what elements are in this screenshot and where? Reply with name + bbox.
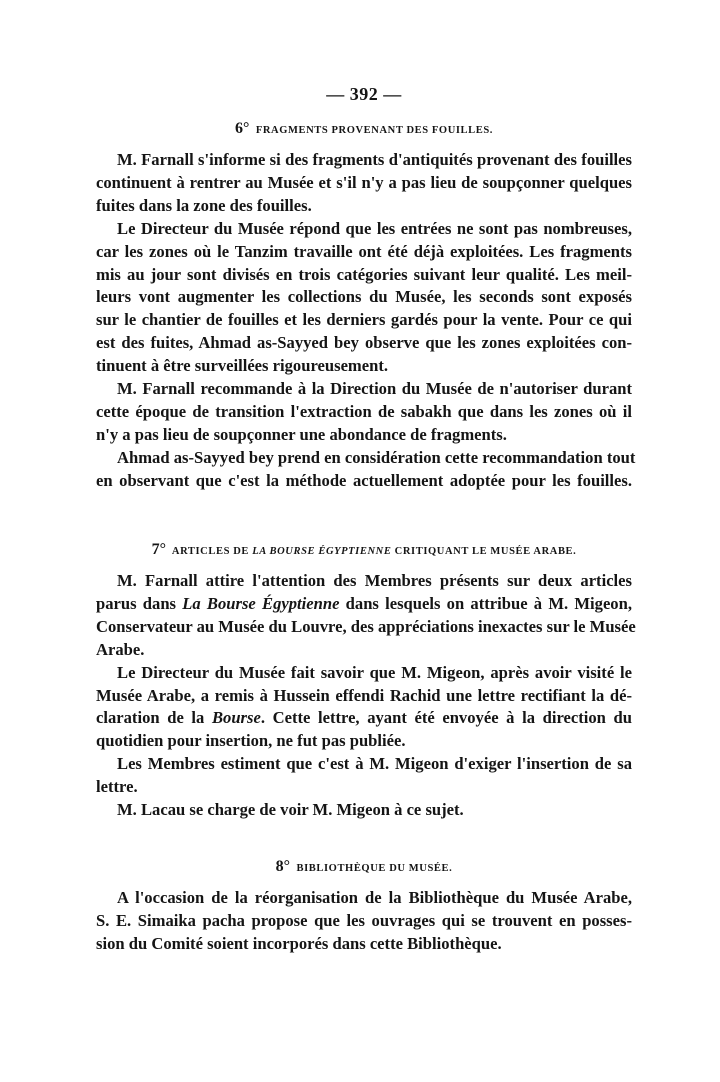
text-run: parus dans bbox=[96, 594, 182, 613]
text-line: M. Farnall attire l'attention des Membre… bbox=[96, 570, 632, 593]
text-run: claration de la bbox=[96, 708, 212, 727]
text-line: continuent à rentrer au Musée et s'il n'… bbox=[96, 172, 632, 195]
text-line: Le Directeur du Musée répond que les ent… bbox=[96, 218, 632, 241]
text-line: Le Directeur du Musée fait savoir que M.… bbox=[96, 662, 632, 685]
text-line: M. Lacau se charge de voir M. Migeon à c… bbox=[96, 799, 632, 822]
section-title: Fragments provenant des fouilles. bbox=[256, 125, 493, 136]
section-heading: 7° Articles de La Bourse Égyptienne crit… bbox=[96, 540, 632, 562]
text-line: A l'occasion de la réorganisation de la … bbox=[96, 887, 632, 910]
text-line: n'y a pas lieu de soupçonner une abondan… bbox=[96, 424, 632, 447]
text-line: claration de la Bourse. Cette lettre, ay… bbox=[96, 707, 632, 730]
newspaper-title: Bourse bbox=[212, 708, 261, 727]
paragraph: M. Lacau se charge de voir M. Migeon à c… bbox=[96, 799, 632, 822]
text-line: car les zones où le Tanzim travaille ont… bbox=[96, 241, 632, 264]
section-6-fragments: 6° Fragments provenant des fouilles. M. … bbox=[96, 119, 632, 493]
section-number: 6° bbox=[235, 120, 249, 137]
text-run: . Cette lettre, ayant été envoyée à la d… bbox=[261, 708, 632, 727]
text-line: est des fuites, Ahmad as-Sayyed bey obse… bbox=[96, 332, 632, 355]
section-title-italic: La Bourse Égyptienne bbox=[252, 546, 391, 557]
text-line: Musée Arabe, a remis à Hussein effendi R… bbox=[96, 685, 632, 708]
text-line: leurs vont augmenter les collections du … bbox=[96, 286, 632, 309]
text-line: M. Farnall recommande à la Direction du … bbox=[96, 378, 632, 401]
paragraph: Ahmad as-Sayyed bey prend en considérati… bbox=[96, 447, 632, 493]
text-line: tinuent à être surveillées rigoureusemen… bbox=[96, 355, 632, 378]
text-line: Conservateur au Musée du Louvre, des app… bbox=[96, 616, 632, 639]
text-line: sion du Comité soient incorporés dans ce… bbox=[96, 933, 632, 956]
text-line: M. Farnall s'informe si des fragments d'… bbox=[96, 149, 632, 172]
paragraph: M. Farnall s'informe si des fragments d'… bbox=[96, 149, 632, 218]
section-8-bibliotheque: 8° Bibliothèque du Musée. A l'occasion d… bbox=[96, 857, 632, 956]
text-line: Les Membres estiment que c'est à M. Mige… bbox=[96, 753, 632, 776]
text-line: S. E. Simaika pacha propose que les ouvr… bbox=[96, 910, 632, 933]
section-number: 8° bbox=[276, 858, 290, 875]
section-heading: 8° Bibliothèque du Musée. bbox=[96, 857, 632, 879]
paragraph: A l'occasion de la réorganisation de la … bbox=[96, 887, 632, 956]
paragraph: M. Farnall recommande à la Direction du … bbox=[96, 378, 632, 447]
page-number: — 392 — bbox=[96, 84, 632, 105]
paragraph: Le Directeur du Musée fait savoir que M.… bbox=[96, 662, 632, 754]
section-7-articles: 7° Articles de La Bourse Égyptienne crit… bbox=[96, 540, 632, 822]
section-number: 7° bbox=[152, 541, 166, 558]
text-line: mis au jour sont divisés en trois catégo… bbox=[96, 264, 632, 287]
paragraph: M. Farnall attire l'attention des Membre… bbox=[96, 570, 632, 662]
section-title-part: Articles de bbox=[172, 546, 252, 557]
text-line: quotidien pour insertion, ne fut pas pub… bbox=[96, 730, 632, 753]
text-line: Ahmad as-Sayyed bey prend en considérati… bbox=[96, 447, 632, 470]
newspaper-title: La Bourse Égyptienne bbox=[182, 594, 339, 613]
text-line: sur le chantier de fouilles et les derni… bbox=[96, 309, 632, 332]
text-run: dans lesquels on attribue à M. Migeon, bbox=[339, 594, 632, 613]
section-title: Bibliothèque du Musée. bbox=[297, 863, 453, 874]
paragraph: Le Directeur du Musée répond que les ent… bbox=[96, 218, 632, 378]
text-line: Arabe. bbox=[96, 639, 632, 662]
text-line: lettre. bbox=[96, 776, 632, 799]
text-line: fuites dans la zone des fouilles. bbox=[96, 195, 632, 218]
text-line: parus dans La Bourse Égyptienne dans les… bbox=[96, 593, 632, 616]
section-title-part: critiquant le Musée Arabe. bbox=[391, 546, 576, 557]
section-heading: 6° Fragments provenant des fouilles. bbox=[96, 119, 632, 141]
text-line: en observant que c'est la méthode actuel… bbox=[96, 470, 632, 493]
paragraph: Les Membres estiment que c'est à M. Mige… bbox=[96, 753, 632, 799]
text-line: cette époque de transition l'extraction … bbox=[96, 401, 632, 424]
